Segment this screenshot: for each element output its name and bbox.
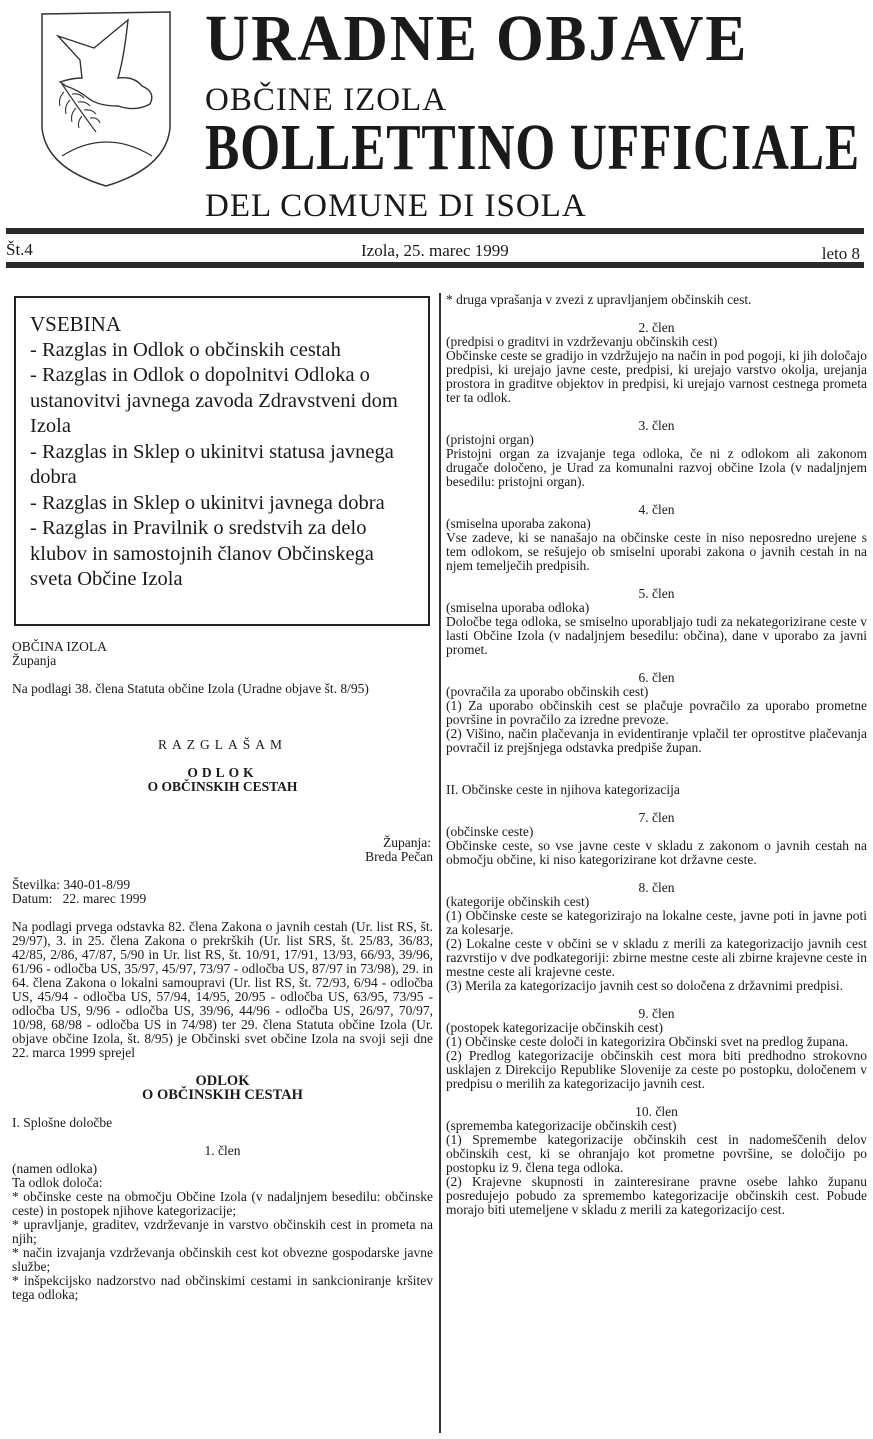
masthead-title-slovene: URADNE OBJAVE — [205, 6, 748, 72]
issue-info-row: Št.4 Izola, 25. marec 1999 leto 8 — [6, 238, 864, 260]
contents-item[interactable]: - Razglas in Sklep o ukinitvi javnega do… — [30, 491, 414, 517]
article-paragraph: (2) Lokalne ceste v občini se v skladu z… — [446, 937, 867, 979]
article-body: Občinske ceste se gradijo in vzdržujejo … — [446, 349, 867, 405]
article-subtitle: (občinske ceste) — [446, 825, 867, 839]
article-paragraph: (2) Predlog kategorizacije občinskih ces… — [446, 1049, 867, 1091]
masthead-rule-bottom — [6, 262, 864, 268]
article-subtitle: (postopek kategorizacije občinskih cest) — [446, 1021, 867, 1035]
article-subtitle: (sprememba kategorizacije občinskih cest… — [446, 1119, 867, 1133]
article-heading: 8. člen — [446, 881, 867, 895]
contents-heading: VSEBINA — [30, 312, 414, 338]
contents-item[interactable]: - Razglas in Sklep o ukinitvi statusa ja… — [30, 440, 414, 491]
article-subtitle: (smiselna uporaba zakona) — [446, 517, 867, 531]
article-heading: 10. člen — [446, 1105, 867, 1119]
article-paragraph: (1) Občinske ceste določi in kategorizir… — [446, 1035, 867, 1049]
signature-name: Breda Pečan — [12, 850, 433, 864]
proclamation: RAZGLAŠAM — [12, 738, 433, 752]
masthead-rule-top — [6, 228, 864, 234]
odlok-title: ODLOK — [12, 1074, 433, 1088]
section-heading: I. Splošne določbe — [12, 1116, 433, 1130]
article-intro: Ta odlok določa: — [12, 1176, 433, 1190]
article-list-item: * način izvajanja vzdrževanja občinskih … — [12, 1246, 433, 1274]
coat-of-arms-icon — [38, 8, 173, 188]
preamble: Na podlagi prvega odstavka 82. člena Zak… — [12, 920, 433, 1060]
article-body: Vse zadeve, ki se nanašajo na občinske c… — [446, 531, 867, 573]
article-paragraph: (1) Spremembe kategorizacije občinskih c… — [446, 1133, 867, 1175]
article-heading: 2. člen — [446, 321, 867, 335]
issue-place-date: Izola, 25. marec 1999 — [361, 241, 509, 261]
article-subtitle: (pristojni organ) — [446, 433, 867, 447]
article-list-item: * inšpekcijsko nadzorstvo nad občinskimi… — [12, 1274, 433, 1302]
article-subtitle: (smiselna uporaba odloka) — [446, 601, 867, 615]
article-paragraph: (3) Merila za kategorizacijo javnih cest… — [446, 979, 867, 993]
article-heading: 7. člen — [446, 811, 867, 825]
article-subtitle: (povračila za uporabo občinskih cest) — [446, 685, 867, 699]
column-divider — [439, 293, 441, 1433]
issuer: OBČINA IZOLA — [12, 640, 433, 654]
article-heading: 3. člen — [446, 419, 867, 433]
document-date: Datum: 22. marec 1999 — [12, 892, 433, 906]
article-list-item: * upravljanje, graditev, vzdrževanje in … — [12, 1218, 433, 1246]
article-paragraph: (2) Krajevne skupnosti in zainteresirane… — [446, 1175, 867, 1217]
article-heading: 9. člen — [446, 1007, 867, 1021]
left-column: OBČINA IZOLA Županja Na podlagi 38. člen… — [12, 640, 433, 1302]
article-body: Pristojni organ za izvajanje tega odloka… — [446, 447, 867, 489]
article-subtitle: (predpisi o graditvi in vzdrževanju obči… — [446, 335, 867, 349]
masthead-title-italian: BOLLETTINO UFFICIALE — [205, 115, 860, 181]
article-body: Občinske ceste, so vse javne ceste v skl… — [446, 839, 867, 867]
article-subtitle: (kategorije občinskih cest) — [446, 895, 867, 909]
article-subtitle: (namen odloka) — [12, 1162, 433, 1176]
issuer-role: Županja — [12, 654, 433, 668]
article-heading: 6. člen — [446, 671, 867, 685]
right-column: * druga vprašanja v zvezi z upravljanjem… — [446, 293, 867, 1217]
contents-item[interactable]: - Razglas in Odlok o dopolnitvi Odloka o… — [30, 363, 414, 440]
masthead-subtitle-italian: DEL COMUNE DI ISOLA — [205, 190, 587, 223]
contents-item[interactable]: - Razglas in Odlok o občinskih cestah — [30, 338, 414, 364]
issue-number: Št.4 — [6, 240, 33, 260]
issue-year: leto 8 — [822, 244, 860, 264]
signature-role: Županja: — [12, 836, 433, 850]
article-paragraph: (1) Občinske ceste se kategorizirajo na … — [446, 909, 867, 937]
document-number: Številka: 340-01-8/99 — [12, 878, 433, 892]
article-paragraph: (1) Za uporabo občinskih cest se plačuje… — [446, 699, 867, 727]
article-body: Določbe tega odloka, se smiselno uporabl… — [446, 615, 867, 657]
section-heading: II. Občinske ceste in njihova kategoriza… — [446, 783, 867, 797]
decree-title: ODLOK — [12, 766, 433, 780]
legal-basis: Na podlagi 38. člena Statuta občine Izol… — [12, 682, 433, 696]
contents-item[interactable]: - Razglas in Pravilnik o sredstvih za de… — [30, 516, 414, 593]
article-heading: 5. člen — [446, 587, 867, 601]
decree-subtitle: O OBČINSKIH CESTAH — [12, 780, 433, 794]
article-list-item: * občinske ceste na območju Občine Izola… — [12, 1190, 433, 1218]
article-paragraph: (2) Višino, način plačevanja in evidenti… — [446, 727, 867, 755]
contents-box: VSEBINA - Razglas in Odlok o občinskih c… — [14, 296, 430, 626]
odlok-subtitle: O OBČINSKIH CESTAH — [12, 1088, 433, 1102]
article-heading: 4. člen — [446, 503, 867, 517]
article-list-item: * druga vprašanja v zvezi z upravljanjem… — [446, 293, 867, 307]
article-heading: 1. člen — [12, 1144, 433, 1158]
